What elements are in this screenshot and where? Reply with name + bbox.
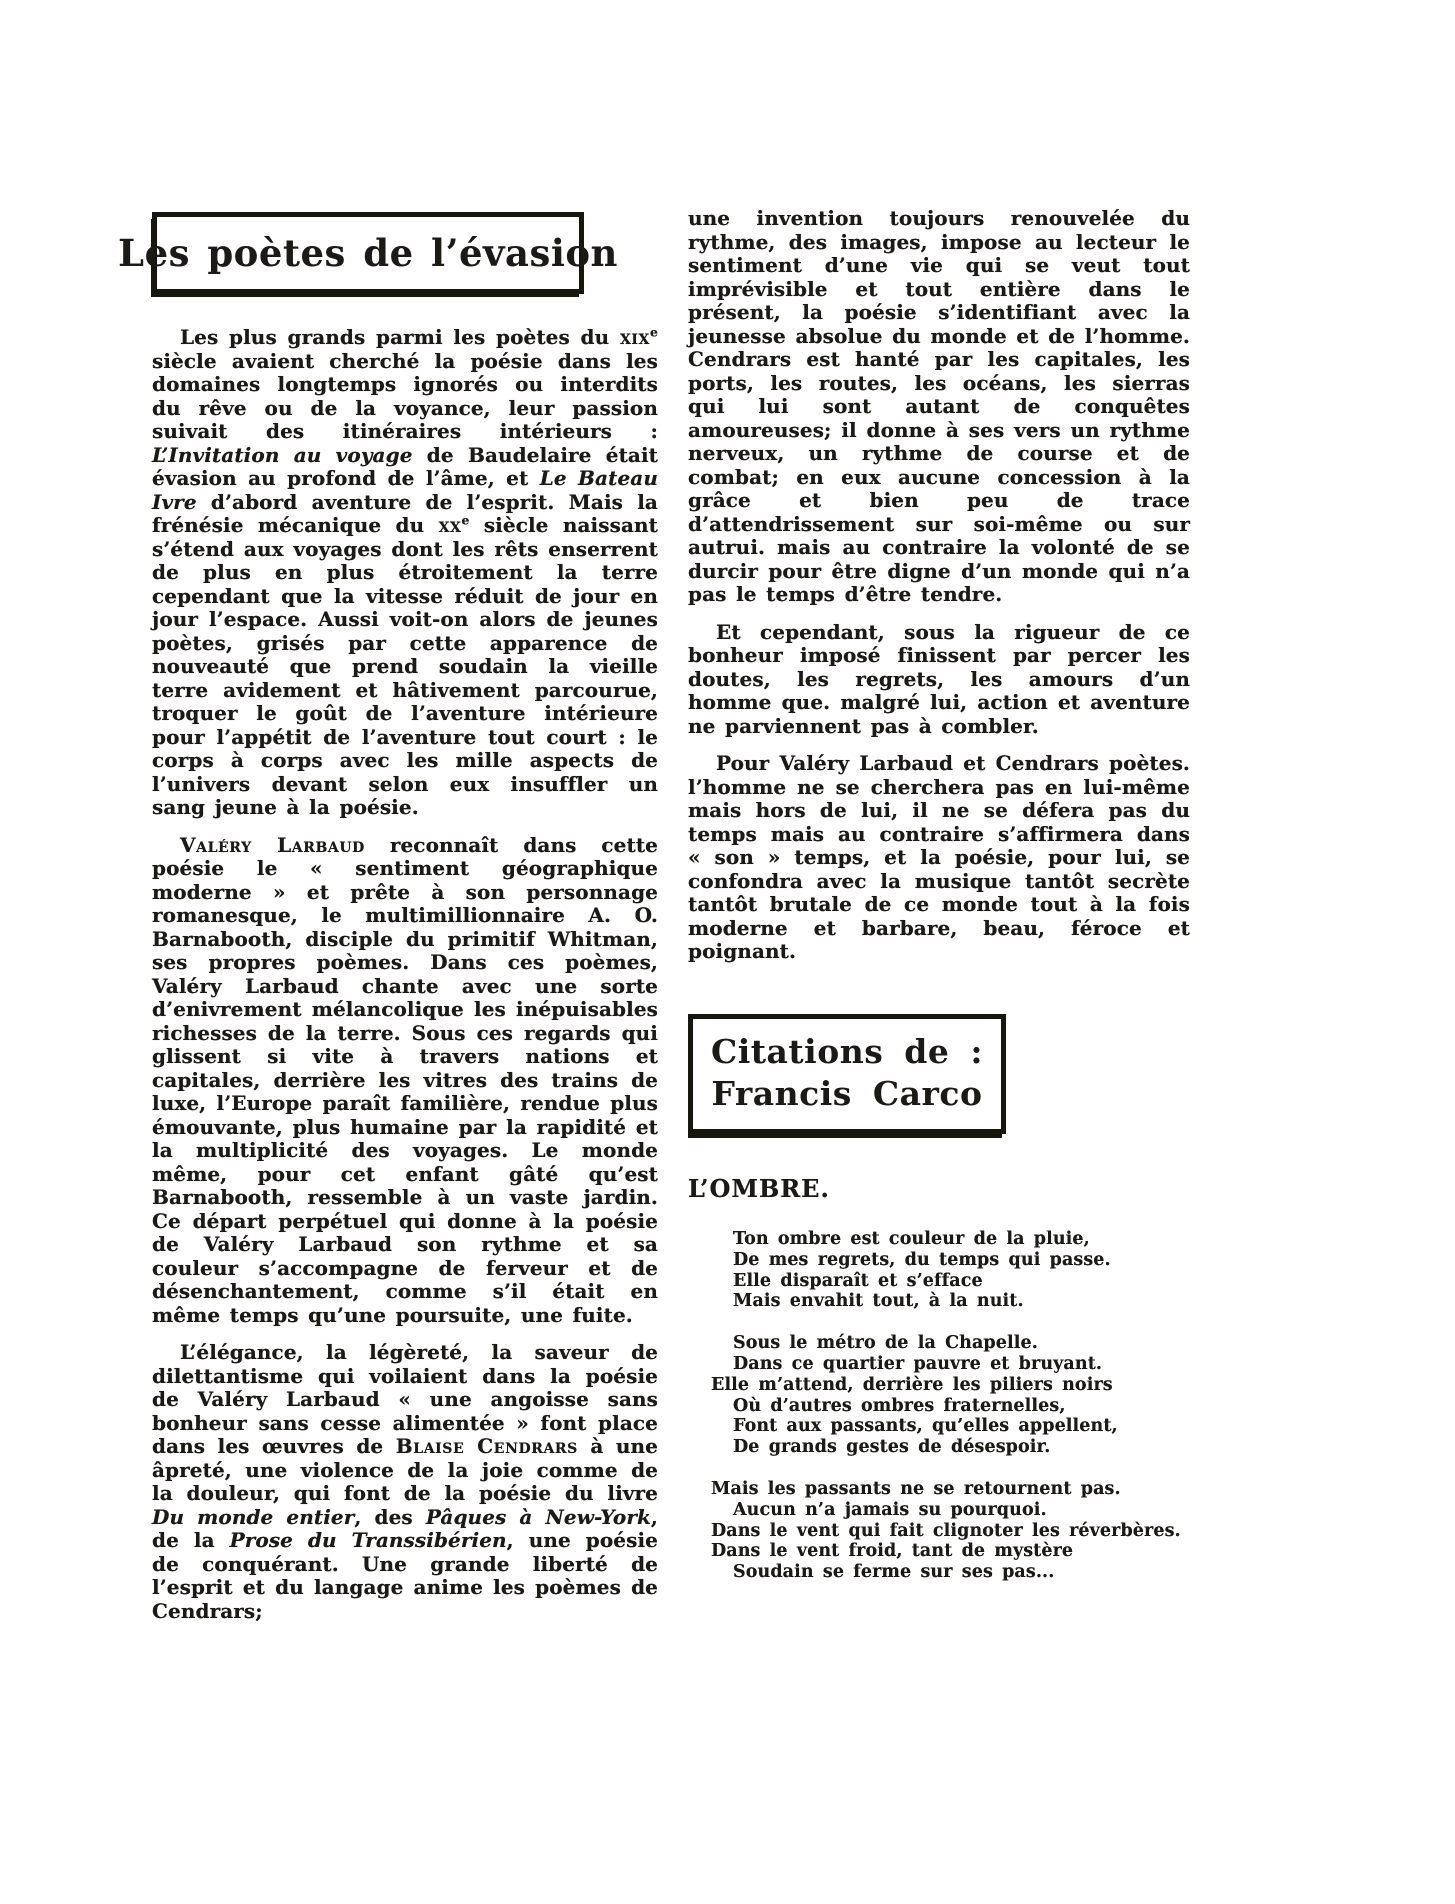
text-segment: Du monde entier	[152, 1505, 354, 1529]
poem-line: Soudain se ferme sur ses pas...	[733, 1562, 1190, 1583]
article-title-box: Les poètes de l’évasion	[152, 212, 584, 294]
poem-line: Sous le métro de la Chapelle.	[733, 1333, 1190, 1354]
poem-line: Ton ombre est couleur de la pluie,	[733, 1229, 1190, 1250]
text-segment: reconnaît dans cette poésie le « sentime…	[152, 833, 658, 1327]
poem-line: Où d’autres ombres fraternelles,	[733, 1396, 1190, 1417]
text-segment: Valéry Larbaud	[180, 833, 365, 857]
poem-line: Elle disparaît et s’efface	[733, 1271, 1190, 1292]
text-segment: siècle naissant s’étend aux voyages dont…	[152, 513, 658, 819]
poem-line: Dans le vent qui fait clignoter les réve…	[711, 1521, 1190, 1542]
paragraph: Les plus grands parmi les poètes du xixe…	[152, 326, 658, 820]
text-segment: e	[650, 324, 658, 339]
poem-line: Elle m’attend, derrière les piliers noir…	[711, 1375, 1190, 1396]
text-segment: L’Invitation au voyage	[152, 443, 413, 467]
text-segment: Blaise Cendrars	[396, 1434, 578, 1458]
text-segment: une invention toujours renouvelée du ryt…	[688, 206, 1190, 606]
text-segment: , des	[354, 1505, 425, 1529]
poem-line: Dans le vent froid, tant de mystère	[711, 1541, 1190, 1562]
text-segment: Pour Valéry Larbaud et Cendrars poètes. …	[688, 751, 1190, 963]
citations-title-line1: Citations de :	[701, 1031, 993, 1073]
poem: Ton ombre est couleur de la pluie,De mes…	[688, 1229, 1190, 1583]
left-column: Les plus grands parmi les poètes du xixe…	[152, 326, 658, 1637]
document-page: Les poètes de l’évasion Les plus grands …	[0, 0, 1455, 1904]
citations-title-line2: Francis Carco	[701, 1073, 993, 1115]
paragraph: une invention toujours renouvelée du ryt…	[688, 207, 1190, 607]
citations-title-box: Citations de : Francis Carco	[688, 1014, 1006, 1134]
citations-section: Citations de : Francis Carco L’OMBRE. To…	[688, 1014, 1190, 1604]
poem-line: Mais les passants ne se retournent pas.	[711, 1479, 1190, 1500]
poem-stanza: Ton ombre est couleur de la pluie,De mes…	[688, 1229, 1190, 1312]
text-segment: xix	[620, 325, 650, 349]
poem-title: L’OMBRE.	[688, 1174, 1190, 1203]
poem-stanza: Sous le métro de la Chapelle.Dans ce qua…	[688, 1333, 1190, 1458]
paragraph: L’élégance, la légèreté, la saveur de di…	[152, 1341, 658, 1623]
poem-stanza: Mais les passants ne se retournent pas.A…	[688, 1479, 1190, 1583]
poem-line: Font aux passants, qu’elles appellent,	[733, 1416, 1190, 1437]
paragraph: Pour Valéry Larbaud et Cendrars poètes. …	[688, 752, 1190, 964]
text-segment: Les plus grands parmi les poètes du	[180, 325, 620, 349]
text-segment: Prose du Transsibérien	[230, 1528, 507, 1552]
poem-line: Aucun n’a jamais su pourquoi.	[733, 1500, 1190, 1521]
poem-line: De mes regrets, du temps qui passe.	[733, 1250, 1190, 1271]
text-segment: Pâques à New-York	[426, 1505, 651, 1529]
text-segment: siècle avaient cherché la poésie dans le…	[152, 349, 658, 444]
text-segment: xx	[439, 513, 462, 537]
text-segment: Et cependant, sous la rigueur de ce bonh…	[688, 620, 1190, 738]
article-title: Les poètes de l’évasion	[118, 231, 618, 275]
poem-line: Dans ce quartier pauvre et bruyant.	[733, 1354, 1190, 1375]
paragraph: Et cependant, sous la rigueur de ce bonh…	[688, 621, 1190, 739]
paragraph: Valéry Larbaud reconnaît dans cette poés…	[152, 834, 658, 1328]
right-column-text: une invention toujours renouvelée du ryt…	[688, 207, 1190, 978]
poem-line: Mais envahit tout, à la nuit.	[733, 1291, 1190, 1312]
poem-line: De grands gestes de désespoir.	[733, 1437, 1190, 1458]
